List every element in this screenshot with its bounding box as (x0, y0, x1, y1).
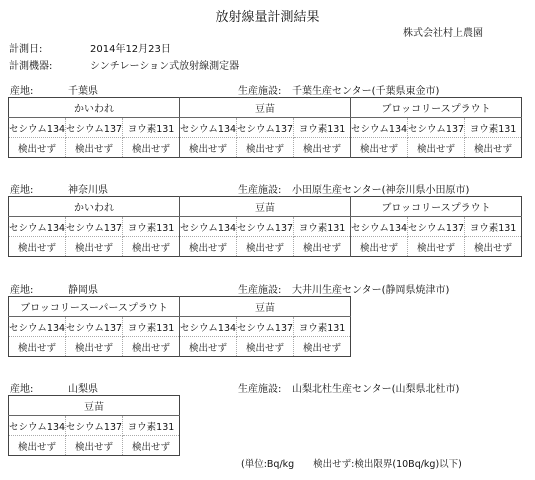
product-header: かいわれ (9, 197, 180, 217)
product-header: 豆苗 (180, 98, 351, 118)
facility-label: 生産施設: (238, 281, 281, 296)
product-header: かいわれ (9, 98, 180, 118)
result-cell: 検出せず (9, 337, 66, 357)
result-cell: 検出せず (9, 237, 66, 257)
origin-prefecture: 神奈川県 (68, 181, 108, 196)
result-cell: 検出せず (465, 237, 522, 257)
origin-label: 産地: (10, 281, 33, 296)
product-header: ブロッコリースプラウト (351, 98, 522, 118)
origin-label: 産地: (10, 181, 33, 196)
column-header: セシウム137 (66, 416, 123, 436)
column-header: ヨウ素131 (294, 317, 351, 337)
origin-prefecture: 静岡県 (68, 281, 98, 296)
column-header: ヨウ素131 (123, 217, 180, 237)
result-cell: 検出せず (9, 138, 66, 158)
column-header: ヨウ素131 (123, 118, 180, 138)
result-cell: 検出せず (123, 337, 180, 357)
result-cell: 検出せず (66, 237, 123, 257)
origin-label: 産地: (10, 380, 33, 395)
facility-value: 大井川生産センター(静岡県焼津市) (292, 281, 449, 296)
column-header: セシウム134 (180, 317, 237, 337)
column-header: セシウム134 (351, 118, 408, 138)
column-header: セシウム137 (66, 217, 123, 237)
column-header: ヨウ素131 (294, 118, 351, 138)
column-header: ヨウ素131 (294, 217, 351, 237)
facility-value: 小田原生産センター(神奈川県小田原市) (292, 181, 469, 196)
facility-label: 生産施設: (238, 380, 281, 395)
facility-label: 生産施設: (238, 181, 281, 196)
result-cell: 検出せず (294, 337, 351, 357)
result-cell: 検出せず (123, 138, 180, 158)
column-header: セシウム137 (66, 317, 123, 337)
column-header: セシウム134 (9, 416, 66, 436)
result-cell: 検出せず (237, 337, 294, 357)
column-header: ヨウ素131 (465, 217, 522, 237)
column-header: セシウム137 (237, 317, 294, 337)
column-header: セシウム134 (9, 317, 66, 337)
origin-label: 産地: (10, 82, 33, 97)
result-cell: 検出せず (66, 337, 123, 357)
column-header: セシウム137 (237, 217, 294, 237)
column-header: セシウム134 (180, 217, 237, 237)
product-header: 豆苗 (180, 197, 351, 217)
unit-note: (単位:Bq/kg 検出せず:検出限界(10Bq/kg)以下) (241, 456, 462, 470)
column-header: セシウム137 (408, 217, 465, 237)
result-cell: 検出せず (408, 138, 465, 158)
result-cell: 検出せず (351, 138, 408, 158)
column-header: ヨウ素131 (123, 416, 180, 436)
results-table-kanagawa: かいわれ 豆苗 ブロッコリースプラウト セシウム134 セシウム137 ヨウ素1… (8, 196, 522, 257)
company-name: 株式会社村上農園 (403, 24, 483, 39)
result-cell: 検出せず (465, 138, 522, 158)
column-header: ヨウ素131 (465, 118, 522, 138)
facility-value: 千葉生産センター(千葉県東金市) (292, 82, 439, 97)
results-table-yamanashi: 豆苗 セシウム134 セシウム137 ヨウ素131 検出せず 検出せず 検出せず (8, 395, 180, 456)
column-header: ヨウ素131 (123, 317, 180, 337)
results-table-shizuoka: ブロッコリースーパースプラウト 豆苗 セシウム134 セシウム137 ヨウ素13… (8, 296, 351, 357)
origin-prefecture: 山梨県 (68, 380, 98, 395)
product-header: ブロッコリースーパースプラウト (9, 297, 180, 317)
result-cell: 検出せず (66, 436, 123, 456)
column-header: セシウム134 (351, 217, 408, 237)
column-header: セシウム134 (180, 118, 237, 138)
result-cell: 検出せず (351, 237, 408, 257)
product-header: 豆苗 (180, 297, 351, 317)
device-label: 計測機器: (9, 57, 52, 72)
facility-label: 生産施設: (238, 82, 281, 97)
result-cell: 検出せず (294, 138, 351, 158)
date-label: 計測日: (9, 40, 42, 55)
result-cell: 検出せず (237, 138, 294, 158)
column-header: セシウム134 (9, 118, 66, 138)
result-cell: 検出せず (180, 237, 237, 257)
result-cell: 検出せず (408, 237, 465, 257)
result-cell: 検出せず (9, 436, 66, 456)
column-header: セシウム137 (237, 118, 294, 138)
product-header: 豆苗 (9, 396, 180, 416)
result-cell: 検出せず (294, 237, 351, 257)
date-value: 2014年12月23日 (90, 40, 171, 55)
origin-prefecture: 千葉県 (68, 82, 98, 97)
result-cell: 検出せず (123, 237, 180, 257)
result-cell: 検出せず (123, 436, 180, 456)
result-cell: 検出せず (66, 138, 123, 158)
column-header: セシウム137 (408, 118, 465, 138)
column-header: セシウム137 (66, 118, 123, 138)
facility-value: 山梨北杜生産センター(山梨県北杜市) (292, 380, 459, 395)
page-title: 放射線量計測結果 (0, 6, 535, 25)
result-cell: 検出せず (180, 337, 237, 357)
column-header: セシウム134 (9, 217, 66, 237)
product-header: ブロッコリースプラウト (351, 197, 522, 217)
result-cell: 検出せず (180, 138, 237, 158)
results-table-chiba: かいわれ 豆苗 ブロッコリースプラウト セシウム134 セシウム137 ヨウ素1… (8, 97, 522, 158)
device-value: シンチレーション式放射線測定器 (90, 57, 239, 72)
result-cell: 検出せず (237, 237, 294, 257)
